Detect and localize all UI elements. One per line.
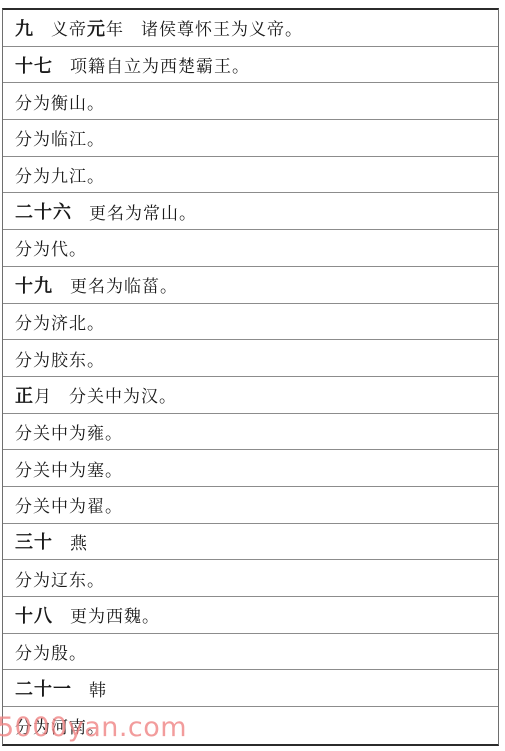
- row-text: 更为西魏。: [70, 607, 160, 626]
- table-row: 分为临江。: [3, 120, 498, 157]
- row-text-segment: 更名为临菑。: [70, 272, 178, 297]
- table-row: 分为衡山。: [3, 83, 498, 120]
- row-text-segment: 分为殷。: [15, 639, 87, 664]
- row-text: 诸侯尊怀王为义帝。: [141, 20, 303, 39]
- row-text-segment: 诸侯尊怀王为义帝。: [141, 15, 303, 40]
- row-text: 分关中为翟。: [15, 497, 123, 516]
- row-text-segment: 分为胶东。: [15, 346, 105, 371]
- row-text: 燕: [70, 534, 88, 553]
- row-text: 分为殷。: [15, 644, 87, 663]
- history-table: 九义帝元年诸侯尊怀王为义帝。十七项籍自立为西楚霸王。分为衡山。分为临江。分为九江…: [2, 8, 499, 746]
- row-term-bold: 十九: [15, 276, 53, 296]
- row-term-bold: 二十六: [15, 202, 72, 222]
- row-text: 分为济北。: [15, 314, 105, 333]
- row-text-segment: 分关中为翟。: [15, 492, 123, 517]
- table-row: 分为济北。: [3, 304, 498, 341]
- table-row: 分为辽东。: [3, 560, 498, 597]
- row-text: 分为胶东。: [15, 351, 105, 370]
- row-text: 韩: [89, 681, 107, 700]
- table-row: 分为代。: [3, 230, 498, 267]
- table-row: 九义帝元年诸侯尊怀王为义帝。: [3, 10, 498, 47]
- row-text-segment: 分为济北。: [15, 309, 105, 334]
- table-row: 二十一韩: [3, 670, 498, 707]
- table-row: 十七项籍自立为西楚霸王。: [3, 47, 498, 84]
- row-text-segment: 燕: [70, 529, 88, 554]
- row-term-bold: 十八: [15, 606, 53, 626]
- row-term-bold: 二十一: [15, 679, 72, 699]
- row-text-segment: 更为西魏。: [70, 602, 160, 627]
- row-text-segment: 义帝元年: [51, 15, 124, 41]
- table-row: 分为河南。: [3, 707, 498, 744]
- table-row: 分为胶东。: [3, 340, 498, 377]
- row-text-segment: 分为临江。: [15, 125, 105, 150]
- table-row: 分为九江。: [3, 157, 498, 194]
- row-term-bold: 十七: [15, 56, 53, 76]
- row-term-bold: 三十: [15, 532, 53, 552]
- row-text-segment: 分为九江。: [15, 162, 105, 187]
- row-text-segment: 二十六: [15, 198, 72, 224]
- row-text: 义帝: [51, 20, 87, 39]
- table-row: 分关中为雍。: [3, 414, 498, 451]
- row-text-segment: 三十: [15, 528, 53, 554]
- row-text-segment: 分为河南。: [15, 713, 105, 738]
- row-text: 分关中为汉。: [69, 387, 177, 406]
- row-text-segment: 项籍自立为西楚霸王。: [70, 52, 250, 77]
- row-text-segment: 分为辽东。: [15, 566, 105, 591]
- row-text-segment: 分关中为汉。: [69, 382, 177, 407]
- row-text: 年: [106, 20, 124, 39]
- row-term-bold: 正: [15, 386, 34, 406]
- row-text-segment: 二十一: [15, 675, 72, 701]
- table-row: 三十燕: [3, 524, 498, 561]
- row-text: 分为九江。: [15, 167, 105, 186]
- row-text-segment: 韩: [89, 676, 107, 701]
- row-text-segment: 十八: [15, 602, 53, 628]
- table-row: 分关中为翟。: [3, 487, 498, 524]
- table-row: 正月分关中为汉。: [3, 377, 498, 414]
- table-row: 二十六更名为常山。: [3, 193, 498, 230]
- row-term-bold: 元: [87, 19, 106, 39]
- row-text-segment: 更名为常山。: [89, 199, 197, 224]
- table-row: 十八更为西魏。: [3, 597, 498, 634]
- table-row: 分关中为塞。: [3, 450, 498, 487]
- row-text: 分为代。: [15, 240, 87, 259]
- row-text: 分为辽东。: [15, 571, 105, 590]
- row-text-segment: 分关中为雍。: [15, 419, 123, 444]
- row-term-bold: 九: [15, 19, 34, 39]
- row-text: 分为临江。: [15, 130, 105, 149]
- row-text: 分关中为塞。: [15, 461, 123, 480]
- row-text: 项籍自立为西楚霸王。: [70, 57, 250, 76]
- row-text: 更名为常山。: [89, 204, 197, 223]
- row-text-segment: 分为衡山。: [15, 89, 105, 114]
- row-text-segment: 正月: [15, 382, 52, 408]
- row-text-segment: 分关中为塞。: [15, 456, 123, 481]
- row-text: 月: [34, 387, 52, 406]
- row-text-segment: 分为代。: [15, 235, 87, 260]
- row-text-segment: 十九: [15, 272, 53, 298]
- row-text-segment: 九: [15, 15, 34, 41]
- row-text: 更名为临菑。: [70, 277, 178, 296]
- table-row: 十九更名为临菑。: [3, 267, 498, 304]
- row-text: 分为河南。: [15, 718, 105, 737]
- row-text-segment: 十七: [15, 52, 53, 78]
- row-text: 分关中为雍。: [15, 424, 123, 443]
- table-row: 分为殷。: [3, 634, 498, 671]
- row-text: 分为衡山。: [15, 94, 105, 113]
